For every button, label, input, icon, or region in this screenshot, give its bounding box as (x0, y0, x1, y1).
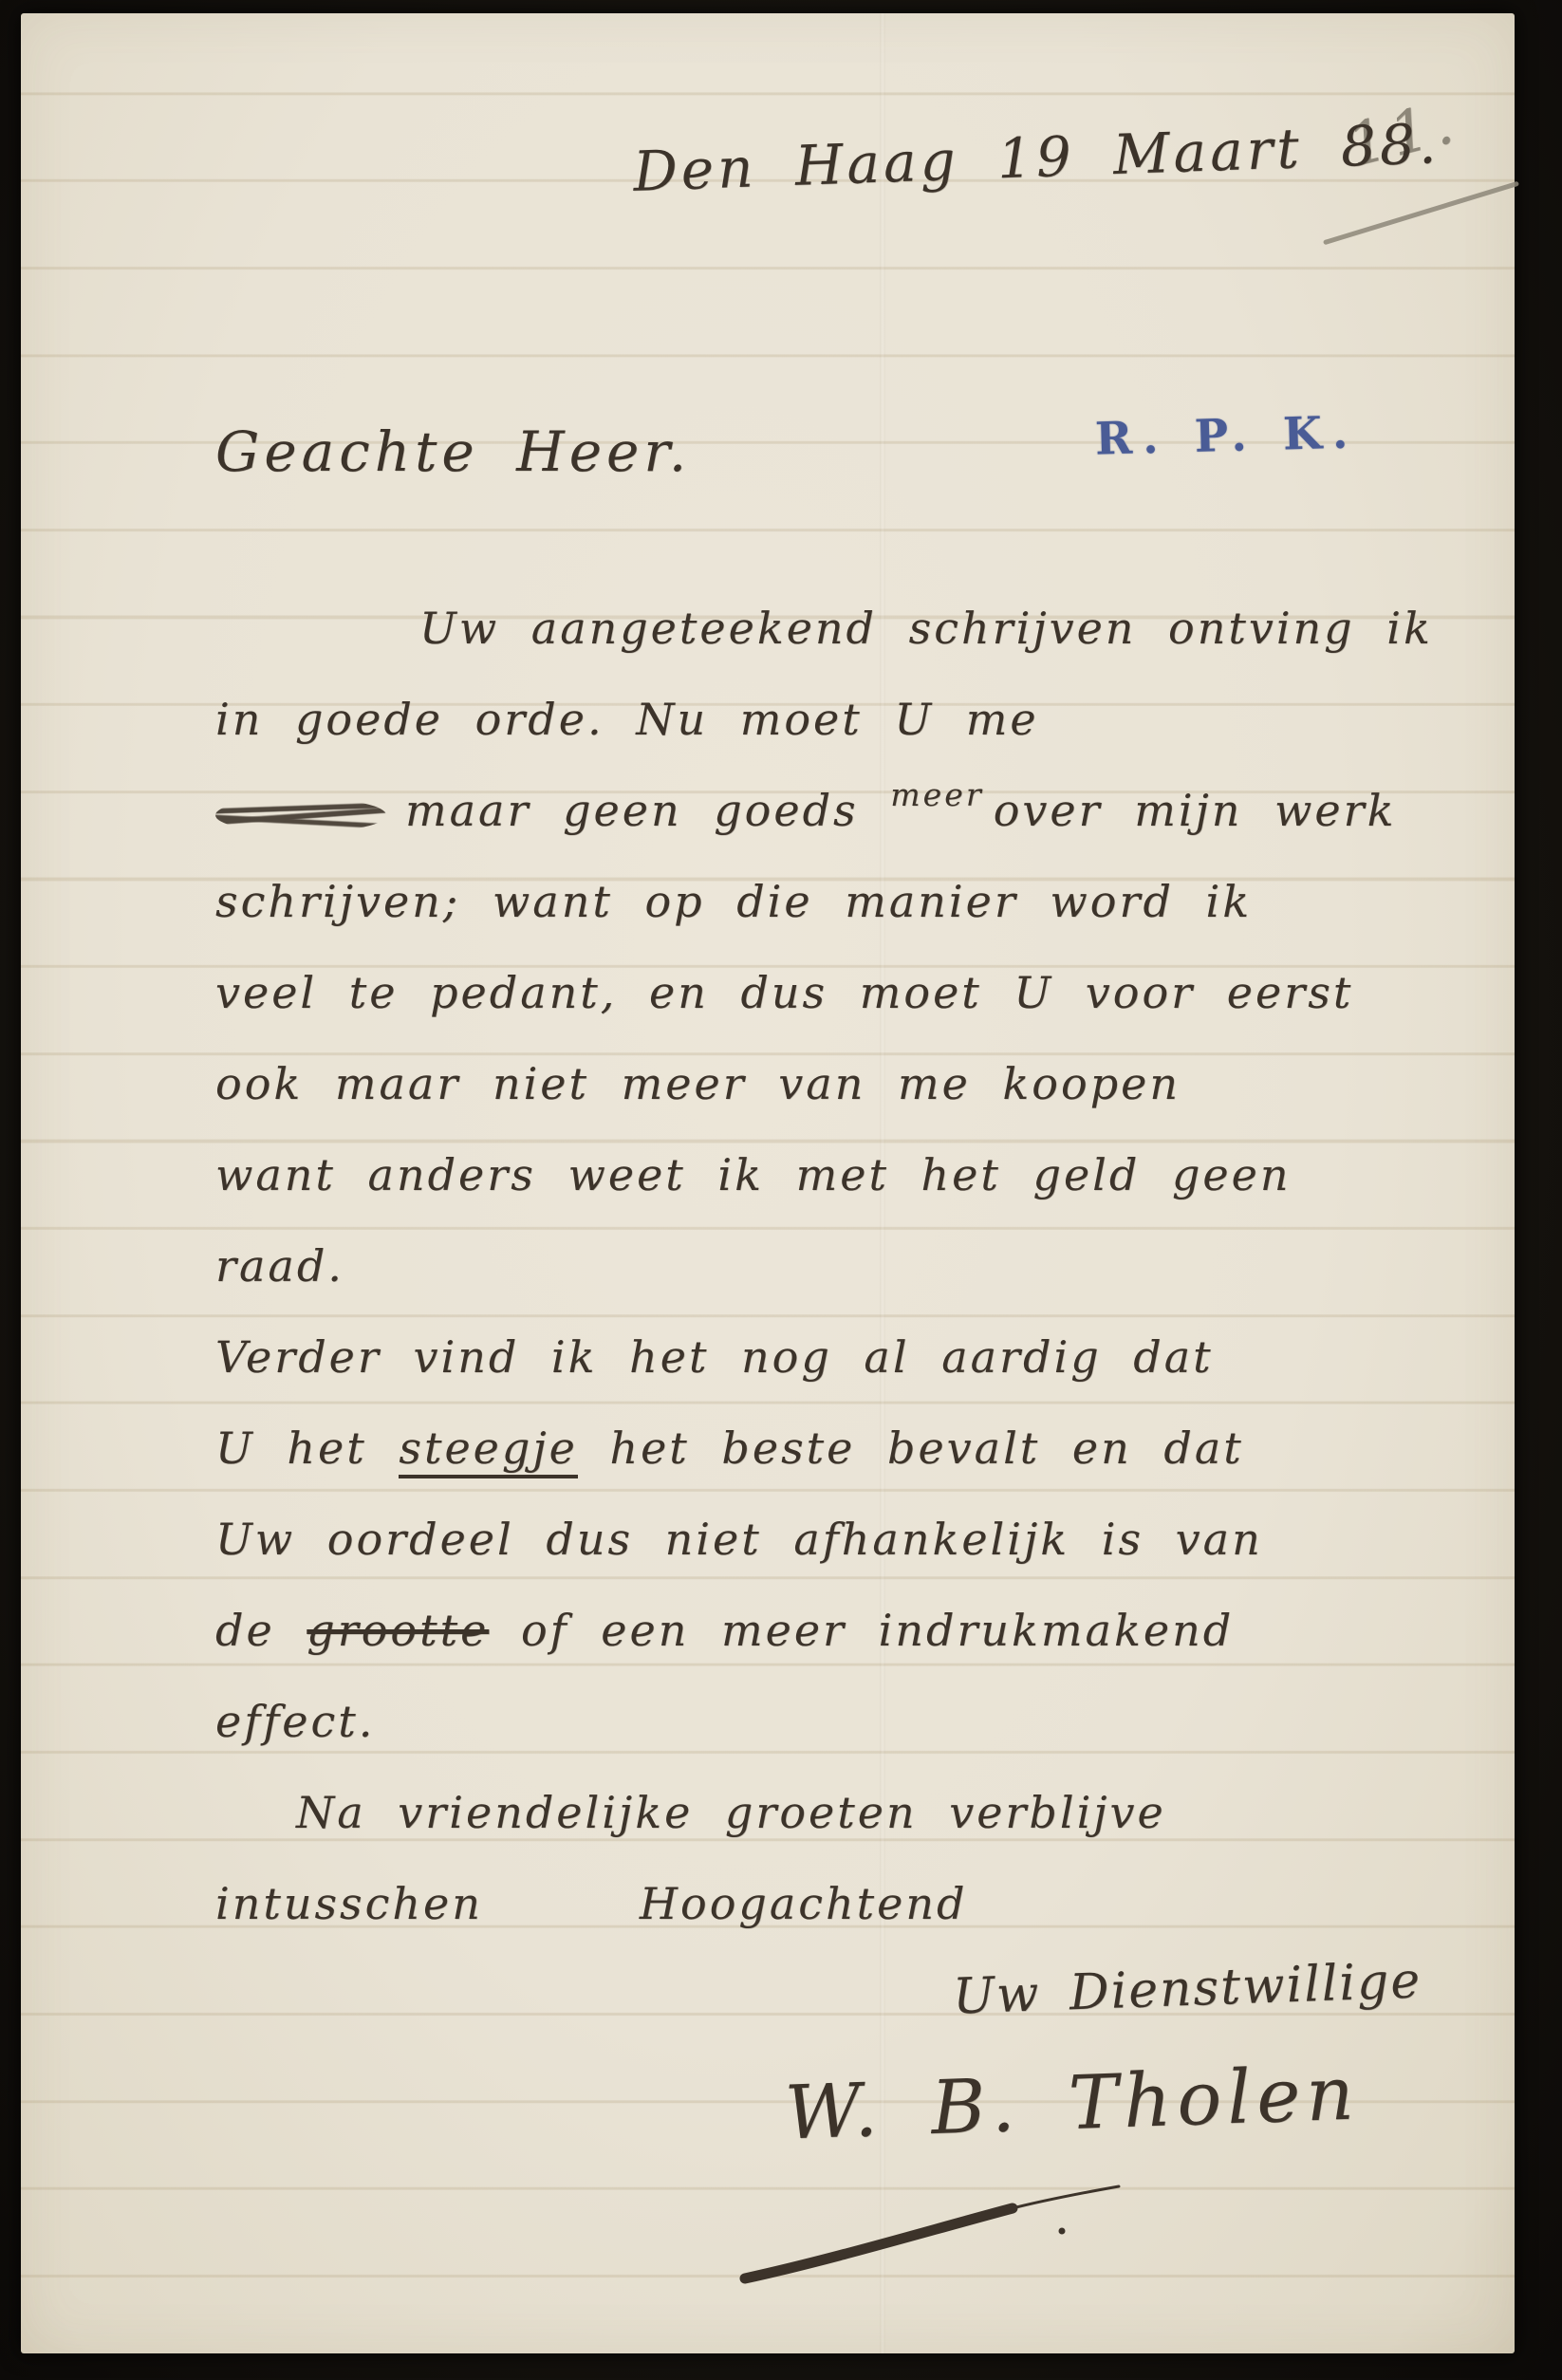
letter-text-segment: schrijven; want op die manier word ik (215, 876, 1252, 927)
letter-line: want anders weet ik met het geld geen (215, 1129, 1449, 1220)
letter-text-segment: over mijn werk (994, 785, 1397, 836)
letter-line: Verder vind ik het nog al aardig dat (215, 1311, 1449, 1403)
dateline: Den Haag 19 Maart 88. (632, 111, 1441, 204)
letter-line: raad. (215, 1220, 1449, 1311)
signature-flourish (728, 2172, 1136, 2296)
letter-line: Uw aangeteekend schrijven ontving ik (215, 583, 1449, 674)
valediction: Uw Dienstwillige (952, 1952, 1423, 2025)
letter-text-segment: effect. (215, 1696, 375, 1747)
collection-stamp: R. P. K. (1094, 406, 1359, 465)
letter-line: in goede orde. Nu moet U me (215, 674, 1449, 765)
letter-text-segment: ook maar niet meer van me koopen (215, 1058, 1181, 1109)
letter-text-segment: of een meer indrukmakend (489, 1605, 1234, 1656)
letter-page: 11. Den Haag 19 Maart 88. Geachte Heer. … (21, 13, 1515, 2353)
letter-text-segment: want anders weet ik met het geld geen (215, 1149, 1291, 1200)
letter-text-segment: de (215, 1605, 307, 1656)
scribbled-out-word (215, 799, 386, 831)
letter-text-segment: U het (215, 1422, 399, 1474)
letter-line: intusschenHoogachtend (215, 1858, 1449, 1949)
signature: W. B. Tholen (784, 2051, 1361, 2156)
letter-text-segment: in goede orde. Nu moet U me (215, 694, 1039, 745)
letter-text-segment: Uw aangeteekend schrijven ontving ik (419, 603, 1433, 654)
letter-line: schrijven; want op die manier word ik (215, 856, 1449, 947)
letter-line: ook maar niet meer van me koopen (215, 1038, 1449, 1129)
letter-text-segment: intusschen (215, 1878, 483, 1929)
letter-line: maar geen goeds meerover mijn werk (215, 765, 1449, 856)
letter-text-segment: Verder vind ik het nog al aardig dat (215, 1331, 1214, 1383)
letter-text-segment: maar geen goeds (405, 785, 890, 836)
letter-body: Uw aangeteekend schrijven ontving ikin g… (215, 583, 1449, 1949)
letter-line: effect. (215, 1676, 1449, 1767)
letter-text-segment: het beste bevalt en dat (578, 1422, 1244, 1474)
letter-text-segment: raad. (215, 1240, 344, 1292)
letter-line: Uw oordeel dus niet afhankelijk is van (215, 1494, 1449, 1585)
letter-text-segment: steegje (399, 1422, 577, 1478)
salutation: Geachte Heer. (215, 419, 691, 484)
letter-line: veel te pedant, en dus moet U voor eerst (215, 947, 1449, 1038)
letter-line: de grootte of een meer indrukmakend (215, 1585, 1449, 1676)
letter-text-segment: Hoogachtend (640, 1878, 968, 1929)
letter-line: Na vriendelijke groeten verblijve (215, 1767, 1449, 1858)
letter-text-segment: Uw oordeel dus niet afhankelijk is van (215, 1514, 1263, 1565)
letter-text-segment: grootte (307, 1605, 489, 1656)
letter-line: U het steegje het beste bevalt en dat (215, 1403, 1449, 1494)
letter-text-segment: Na vriendelijke groeten verblijve (296, 1787, 1166, 1838)
letter-text-segment: veel te pedant, en dus moet U voor eerst (215, 967, 1353, 1018)
letter-text-segment: meer (890, 776, 983, 813)
pencil-underline (1323, 181, 1519, 246)
